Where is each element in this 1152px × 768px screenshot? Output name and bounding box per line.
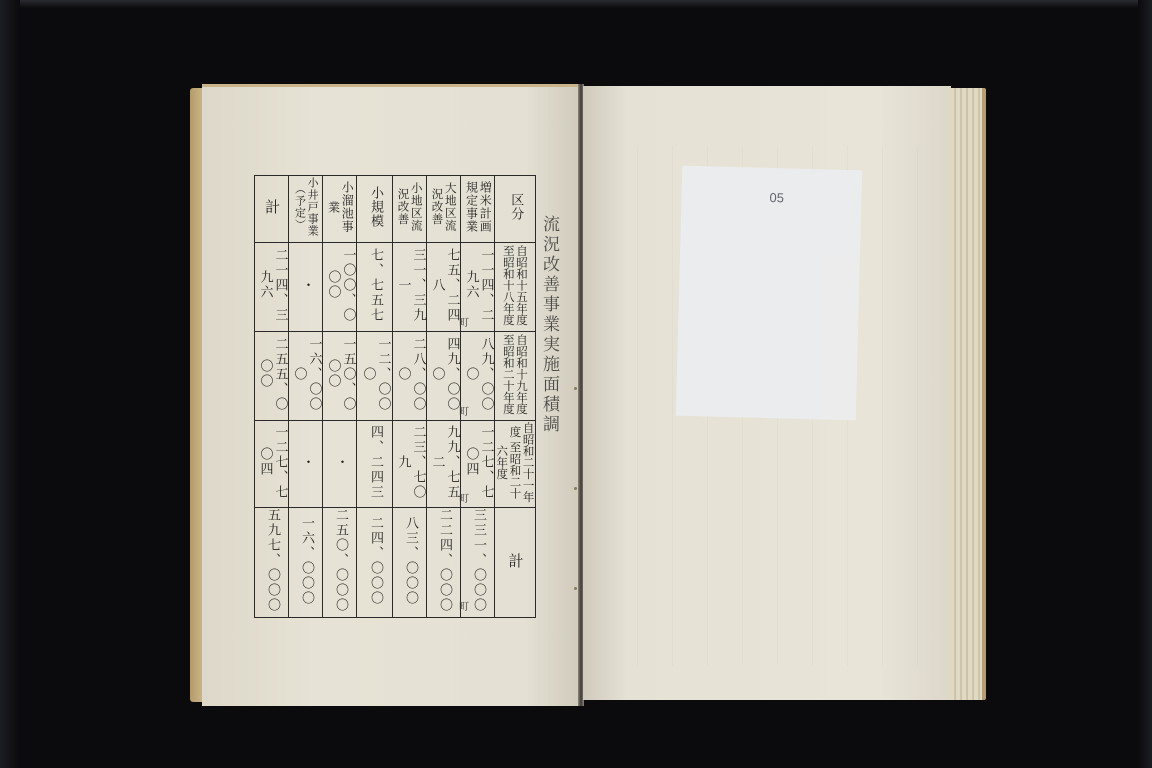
cell-shochiku: 二八、〇〇〇 [393, 332, 427, 421]
backdrop-top-edge [0, 0, 1152, 8]
right-page: 05 [583, 86, 951, 700]
cell-ido: 一六、〇〇〇 [289, 508, 323, 618]
cell-daichiku: 七五、二四八 [427, 243, 461, 332]
backdrop-right-edge [1138, 0, 1152, 768]
unit-mark: 町 [459, 403, 469, 418]
unit-mark: 町 [459, 314, 469, 329]
cell-tameike: 二五〇、〇〇〇 [323, 508, 357, 618]
cell-shokibo: 七、七五七 [357, 243, 393, 332]
cell-shochiku: 二三、七〇九 [393, 421, 427, 508]
cell-zoumai: 一一四、二九六町 [461, 243, 495, 332]
header-shokibo: 小規模 [357, 176, 393, 243]
cell-kei: 二五五、〇〇〇 [255, 332, 289, 421]
cell-daichiku: 二二四、〇〇〇 [427, 508, 461, 618]
table-row: 自昭和二十一年度 至昭和二十六年度 一二七、七〇四町 九九、七五二 二三、七〇九… [255, 421, 536, 508]
cell-daichiku: 四九、〇〇〇 [427, 332, 461, 421]
table-row-total: 計 三三一、〇〇〇町 二二四、〇〇〇 八三、〇〇〇 二四、〇〇〇 二五〇、〇〇〇… [255, 508, 536, 618]
survey-table: 区分 増米計画規定事業 大地区流況改善 小地区流況改善 小規模 小溜池事業 小井… [254, 175, 536, 618]
backdrop-left-edge [0, 0, 20, 768]
cell-shokibo: 二四、〇〇〇 [357, 508, 393, 618]
cell-zoumai: 三三一、〇〇〇町 [461, 508, 495, 618]
cell-daichiku: 九九、七五二 [427, 421, 461, 508]
binding-hole [574, 587, 577, 590]
cell-zoumai: 八九、〇〇〇町 [461, 332, 495, 421]
header-kei: 計 [255, 176, 289, 243]
cell-tameike: 一〇〇、〇〇〇 [323, 243, 357, 332]
row-period: 自昭和十九年度 至昭和二十年度 [495, 332, 536, 421]
row-period: 自昭和二十一年度 至昭和二十六年度 [495, 421, 536, 508]
cell-shochiku: 三一、三九一 [393, 243, 427, 332]
cell-kei: 一二七、七〇四 [255, 421, 289, 508]
row-period: 計 [495, 508, 536, 618]
cell-tameike: ・ [323, 421, 357, 508]
cell-kei: 二一四、三九六 [255, 243, 289, 332]
cell-zoumai: 一二七、七〇四町 [461, 421, 495, 508]
open-book: 流況改善事業実施面積調 区分 増米計画規定事業 大地区流況改善 小地区流況改善 … [190, 84, 990, 706]
cell-ido: 一六、〇〇〇 [289, 332, 323, 421]
cell-ido: ・ [289, 243, 323, 332]
header-tameike: 小溜池事業 [323, 176, 357, 243]
cell-tameike: 一五〇、〇〇〇 [323, 332, 357, 421]
page-stack-edges [950, 88, 986, 700]
cell-ido: ・ [289, 421, 323, 508]
header-kubun: 区分 [495, 176, 536, 243]
header-ido: 小井戸事業（予定） [289, 176, 323, 243]
table-row: 自昭和十五年度 至昭和十八年度 一一四、二九六町 七五、二四八 三一、三九一 七… [255, 243, 536, 332]
binding-hole [574, 387, 577, 390]
survey-table-wrapper: 区分 増米計画規定事業 大地区流況改善 小地区流況改善 小規模 小溜池事業 小井… [254, 175, 536, 618]
header-daichiku: 大地区流況改善 [427, 176, 461, 243]
unit-mark: 町 [459, 490, 469, 505]
table-header-row: 区分 増米計画規定事業 大地区流況改善 小地区流況改善 小規模 小溜池事業 小井… [255, 176, 536, 243]
unit-mark: 町 [459, 598, 469, 613]
table-row: 自昭和十九年度 至昭和二十年度 八九、〇〇〇町 四九、〇〇〇 二八、〇〇〇 一二… [255, 332, 536, 421]
cell-shokibo: 一二、〇〇〇 [357, 332, 393, 421]
label-number: 05 [769, 190, 784, 205]
row-period: 自昭和十五年度 至昭和十八年度 [495, 243, 536, 332]
header-shochiku: 小地区流況改善 [393, 176, 427, 243]
document-title: 流況改善事業実施面積調 [537, 215, 562, 435]
header-zoumai: 増米計画規定事業 [461, 176, 495, 243]
binding-hole [574, 487, 577, 490]
cell-kei: 五九七、〇〇〇 [255, 508, 289, 618]
cell-shochiku: 八三、〇〇〇 [393, 508, 427, 618]
cell-shokibo: 四、二四三 [357, 421, 393, 508]
left-page: 流況改善事業実施面積調 区分 増米計画規定事業 大地区流況改善 小地区流況改善 … [202, 84, 582, 706]
pasted-paper-label: 05 [676, 166, 862, 421]
